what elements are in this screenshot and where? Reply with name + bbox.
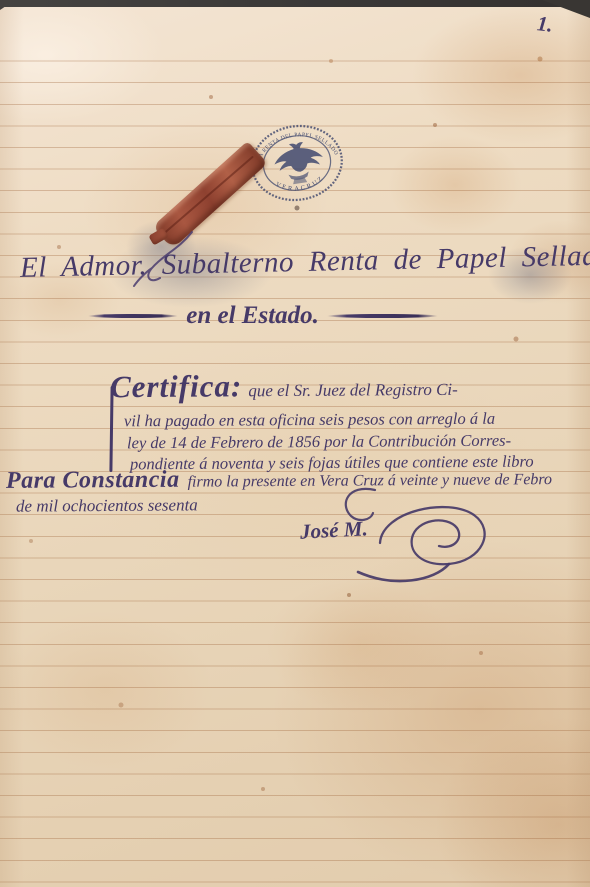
closing-line-2: de mil ochocientos sesenta [16,495,198,516]
heading-line-1: El Admor. Subalterno Renta de Papel Sell… [20,240,583,285]
heading-dash-left [88,314,178,318]
body-line-1-text: que el Sr. Juez del Registro Ci- [248,380,458,400]
body-line-3: ley de 14 de Febrero de 1856 por la Cont… [127,431,511,454]
heading-dash-right [327,314,438,318]
page-number: 1. [536,11,554,38]
heading-line-2: en el Estado. [88,302,438,330]
foxing-specks [0,0,2,2]
signature: José M. [299,516,368,545]
top-edge-shadow [0,0,590,7]
signature-flourish [352,495,577,590]
closing-lead: Para Constancia [6,467,180,494]
body-line-2: vil ha pagado en esta oficina seis pesos… [124,409,495,432]
closing-line-1-text: firmo la presente en Vera Cruz á veinte … [187,471,552,491]
body-line-1: Certifica:que el Sr. Juez del Registro C… [110,367,458,405]
closing-line-1: Para Constanciafirmo la presente en Vera… [6,464,552,495]
wax-seal-strip [152,141,267,249]
body-opening-word: Certifica: [110,368,242,404]
manuscript-page: 1. DE LA RENTA DEL PAPEL SELLADO VERACRU… [0,0,590,887]
heading-line-2-text: en el Estado. [186,302,319,330]
